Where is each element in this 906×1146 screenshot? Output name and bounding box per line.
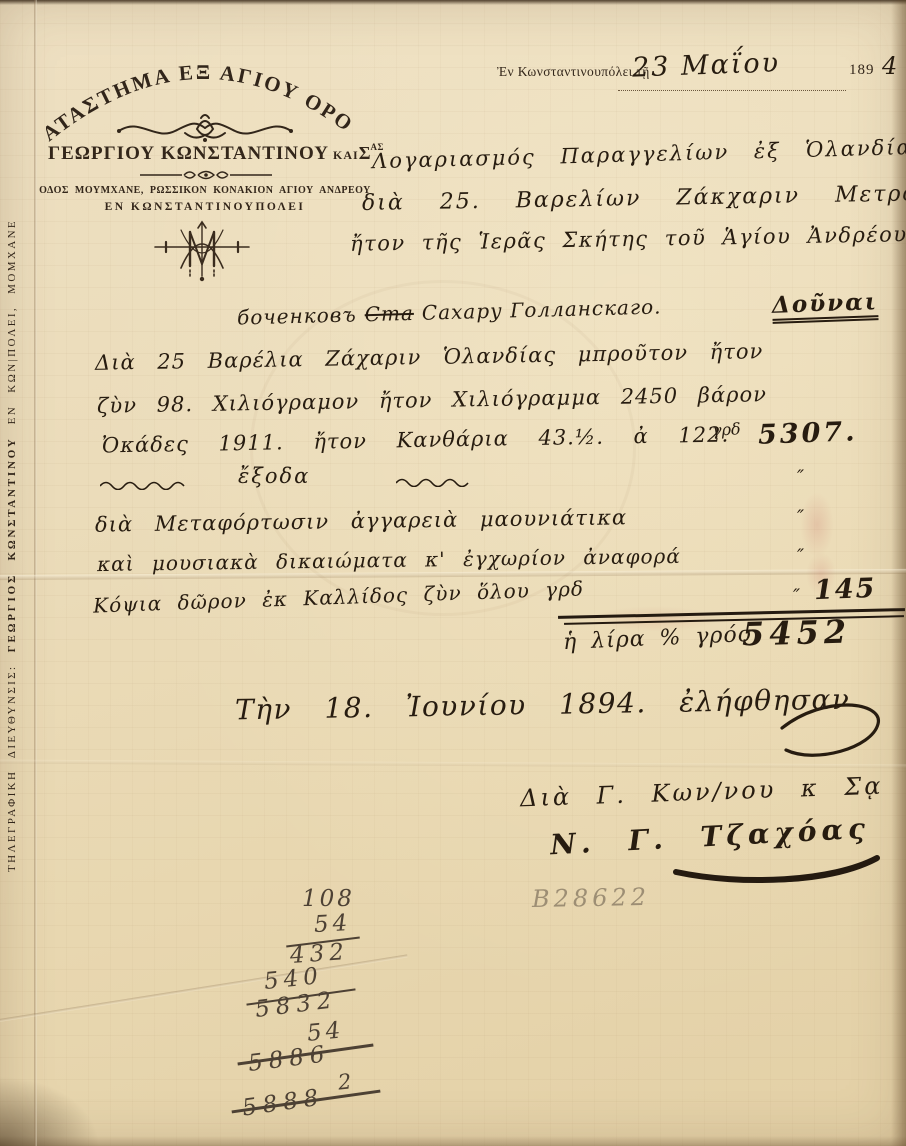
entry-3-amount: 5307. [757, 416, 858, 450]
entry-7-ditto: ″ [793, 585, 800, 607]
memo-word: боченковъ [237, 302, 357, 329]
horizontal-crease-2 [0, 760, 906, 769]
pen-flourish-receipt [780, 700, 890, 775]
company-main: ΓΕΩΡΓΙΟΥ ΚΩΝΣΤΑΝΤΙΝΟΥ [48, 143, 329, 164]
dash-squiggle-right [396, 477, 474, 487]
entry-7-amount: 145 [813, 573, 876, 606]
dateline-handwritten-date: 23 Μαΐου [632, 47, 781, 83]
pen-flourish-signature [672, 852, 882, 896]
entry-3: Ὀκάδες 1911. ἤτον Κανθάρια 43.½. ἀ 122. [102, 423, 730, 458]
address-line: ΟΔΟΣ ΜΟΥΜΧΑΝΕ, ΡΩΣΣΙΚΟΝ ΚΟΝΑΚΙΟΝ ΑΓΙΟΥ Α… [30, 185, 380, 196]
dateline-year-printed: 189 [849, 62, 875, 79]
right-edge-shadow [891, 0, 906, 1146]
bottom-edge-shadow [0, 1136, 906, 1146]
company-kai: ΚΑΙ [333, 148, 359, 162]
entry-5: διὰ Μεταφόρτωσιν ἀγγαρειὰ μαουνιάτικα [95, 505, 627, 536]
entry-4: ἔξοδα [238, 464, 310, 488]
calc-row-2: 54 [313, 910, 352, 938]
archive-mark: B28622 [532, 883, 650, 913]
intro-line-2: διὰ 25. Βαρελίων Ζάκχαριν Μετρῶν [362, 181, 906, 216]
memo-rest: Сахару Голланскаго. [422, 294, 662, 324]
divider-ornament [140, 168, 272, 182]
calc-row-9: 5888 [241, 1084, 326, 1121]
intro-line-1: Λογαριασμός Παραγγελίων ἐξ Ὁλανδίας [372, 135, 906, 174]
receipt-line: Τὴν 18. Ἰουνίου 1894. ἐλήφθησαν [235, 683, 851, 727]
pink-stain-1 [800, 492, 834, 558]
signature-line-1: Διὰ Γ. Κων/νου κ Σᾳ [520, 772, 884, 813]
memo-line: боченковъСтаСахару Голланскаго. [237, 294, 662, 329]
entry-7: Κόψια δῶρον ἐκ Καλλίδος ζὺν ὅλου γρδ [93, 576, 585, 617]
entry-3-unit: γρδ [712, 419, 742, 439]
entry-2: ζὺν 98. Χιλιόγραμον ἤτον Χιλιόγραμμα 245… [97, 382, 767, 418]
bottom-left-corner-shadow [0, 1076, 100, 1146]
city-line: ΕΝ ΚΩΝΣΤΑΝΤΙΝΟΥΠΟΛΕΙ [48, 201, 362, 213]
top-edge-shadow [0, 0, 906, 5]
memo-struck-word: Ста [364, 301, 414, 326]
calc-row-1: 108 [302, 886, 355, 912]
total-label: ἡ λίρα % γρόσ [563, 622, 755, 655]
telegraph-label: ΤΗΛΕΓΡΑΦΙΚΗ ΔΙΕΥΘΥΝΣΙΣ: [6, 665, 18, 873]
scanned-document: ΤΗΛΕΓΡΑΦΙΚΗ ΔΙΕΥΘΥΝΣΙΣ: ΓΕΩΡΓΙΟΣ ΚΩΝΣΤΑΝ… [0, 0, 906, 1146]
telegraph-name: ΓΕΩΡΓΙΟΣ ΚΩΝΣΤΑΝΤΙΝΟΥ [6, 436, 18, 652]
debit-header: Δοῦναι [772, 288, 879, 319]
calc-row-8: 2 [337, 1069, 353, 1094]
dash-squiggle-left [100, 480, 190, 490]
telegraph-address: ΤΗΛΕΓΡΑΦΙΚΗ ΔΙΕΥΘΥΝΣΙΣ: ΓΕΩΡΓΙΟΣ ΚΩΝΣΤΑΝ… [6, 82, 26, 872]
dateline-printed: Ἐν Κωνσταντινουπόλει τῇ [497, 64, 650, 80]
entry-5-amount: ″ [797, 506, 804, 528]
telegraph-place: ΕΝ ΚΩΝ|ΠΟΛΕΙ, ΜΟΜΧΑΝΕ [6, 219, 18, 424]
monogram-mark [153, 220, 251, 284]
company-name-line: ΓΕΩΡΓΙΟΥ ΚΩΝΣΤΑΝΤΙΝΟΥ ΚΑΙΣΑΣ [48, 142, 362, 165]
entry-6-amount: ″ [797, 545, 804, 567]
dateline-dotted-rule [618, 90, 846, 91]
calc-row-7: 5886 [247, 1041, 332, 1077]
entry-4-amount: ″ [797, 466, 804, 488]
vertical-fold-crease [34, 0, 37, 1146]
entry-1: Διὰ 25 Βαρέλια Ζάχαριν Ὁλανδίας μπροῦτον… [95, 339, 764, 375]
total-amount: 5452 [742, 613, 852, 654]
company-sigma: Σ [359, 143, 371, 163]
dateline-year-digit: 4 [882, 52, 897, 80]
entry-6: καὶ μουσιακὰ δικαιώματα κ' ἐγχωρίον ἀναφ… [97, 544, 681, 576]
intro-line-3: ἤτον τῆς Ἱερᾶς Σκήτης τοῦ Ἁγίου Ἀνδρέου [350, 222, 906, 256]
